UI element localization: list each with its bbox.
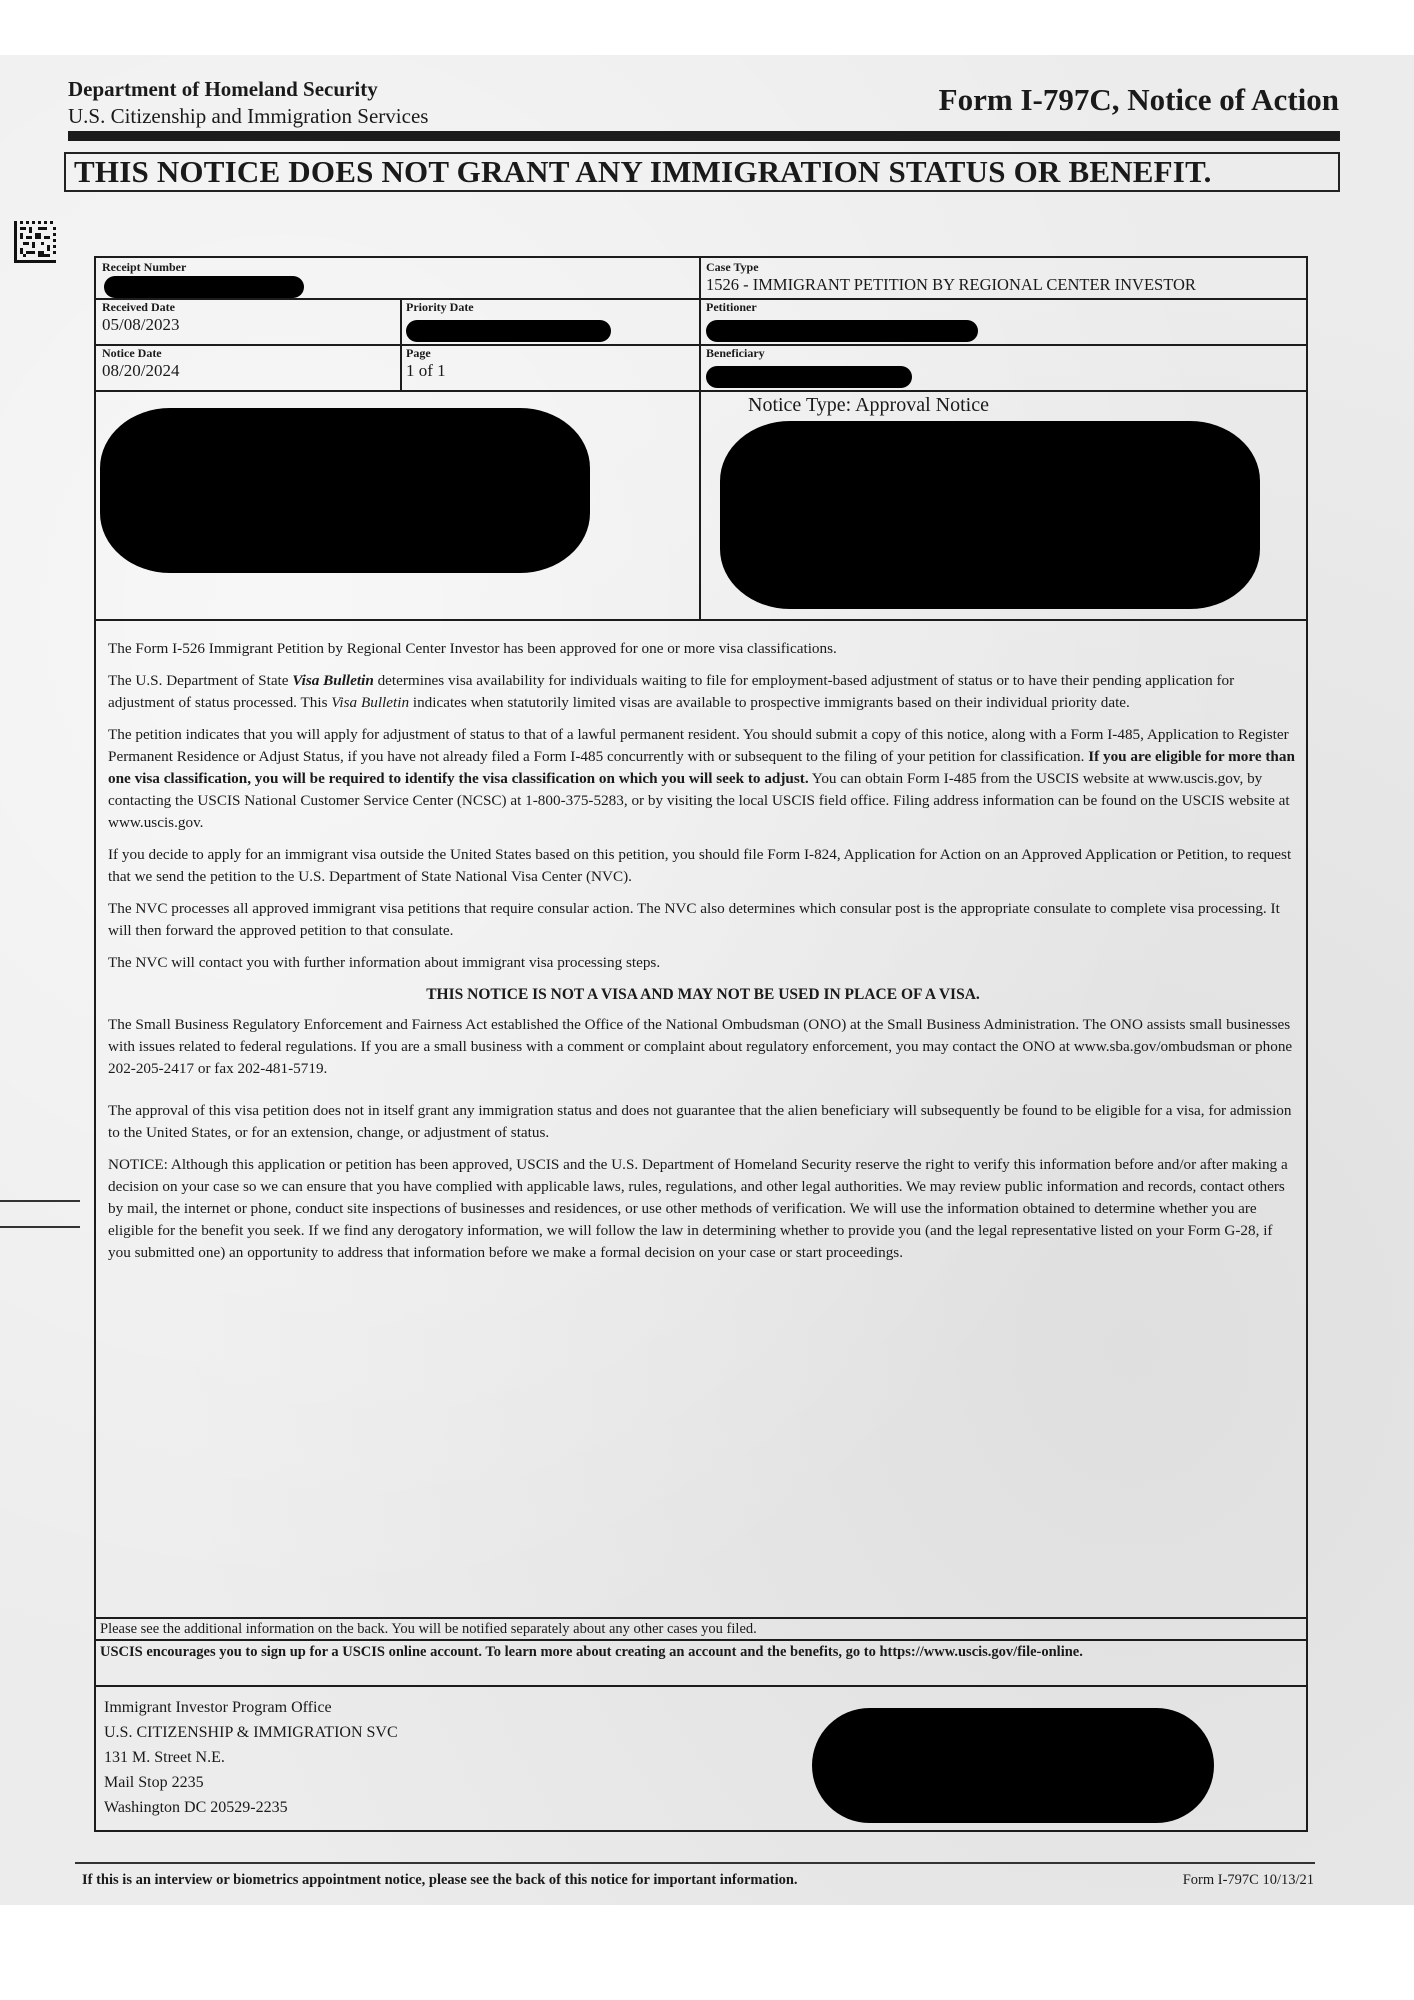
received-date-field: Received Date 05/08/2023 xyxy=(102,300,397,344)
visa-bulletin-paragraph: The U.S. Department of State Visa Bullet… xyxy=(108,670,1298,714)
margin-mark xyxy=(0,1200,80,1202)
no-status-paragraph: The approval of this visa petition does … xyxy=(108,1100,1298,1144)
petitioner-field: Petitioner xyxy=(706,300,1301,344)
notice-form: Receipt Number Case Type 1526 - IMMIGRAN… xyxy=(94,256,1308,1832)
footer-divider xyxy=(75,1862,1315,1864)
status-disclaimer-banner: THIS NOTICE DOES NOT GRANT ANY IMMIGRATI… xyxy=(64,152,1340,192)
redaction xyxy=(706,320,978,342)
ombudsman-paragraph: The Small Business Regulatory Enforcemen… xyxy=(108,1014,1298,1080)
redaction xyxy=(406,320,611,342)
case-type-field: Case Type 1526 - IMMIGRANT PETITION BY R… xyxy=(706,260,1301,298)
beneficiary-field: Beneficiary xyxy=(706,346,1301,390)
notice-details-redaction xyxy=(720,421,1260,609)
notice-type: Notice Type: Approval Notice xyxy=(748,394,989,417)
nvc-paragraph: The NVC processes all approved immigrant… xyxy=(108,898,1298,942)
mailing-address-redaction xyxy=(100,408,590,573)
2d-barcode-icon xyxy=(14,221,56,263)
redaction xyxy=(706,366,912,388)
page-field: Page 1 of 1 xyxy=(406,346,696,390)
agency-name: U.S. Citizenship and Immigration Service… xyxy=(68,104,428,129)
online-account-note: USCIS encourages you to sign up for a US… xyxy=(100,1642,1260,1663)
priority-date-field: Priority Date xyxy=(406,300,696,344)
additional-info-note: Please see the additional information on… xyxy=(100,1619,1300,1639)
office-address: Immigrant Investor Program Office U.S. C… xyxy=(104,1695,398,1820)
verification-notice-paragraph: NOTICE: Although this application or pet… xyxy=(108,1154,1298,1264)
approval-paragraph: The Form I-526 Immigrant Petition by Reg… xyxy=(108,638,1298,660)
footer-note: If this is an interview or biometrics ap… xyxy=(82,1872,798,1889)
footer-form-id: Form I-797C 10/13/21 xyxy=(1183,1872,1314,1889)
signature-redaction xyxy=(812,1708,1214,1823)
notice-body: The Form I-526 Immigrant Petition by Reg… xyxy=(108,638,1298,1274)
margin-mark xyxy=(0,1226,80,1228)
form-title: Form I-797C, Notice of Action xyxy=(939,82,1339,118)
notice-date-field: Notice Date 08/20/2024 xyxy=(102,346,397,390)
consular-paragraph: If you decide to apply for an immigrant … xyxy=(108,844,1298,888)
header-divider xyxy=(68,131,1340,141)
redaction xyxy=(104,276,304,298)
department-name: Department of Homeland Security xyxy=(68,77,378,102)
nvc-contact-paragraph: The NVC will contact you with further in… xyxy=(108,952,1298,974)
adjustment-paragraph: The petition indicates that you will app… xyxy=(108,724,1298,834)
not-a-visa-warning: THIS NOTICE IS NOT A VISA AND MAY NOT BE… xyxy=(108,984,1298,1006)
receipt-number-field: Receipt Number xyxy=(102,260,692,298)
